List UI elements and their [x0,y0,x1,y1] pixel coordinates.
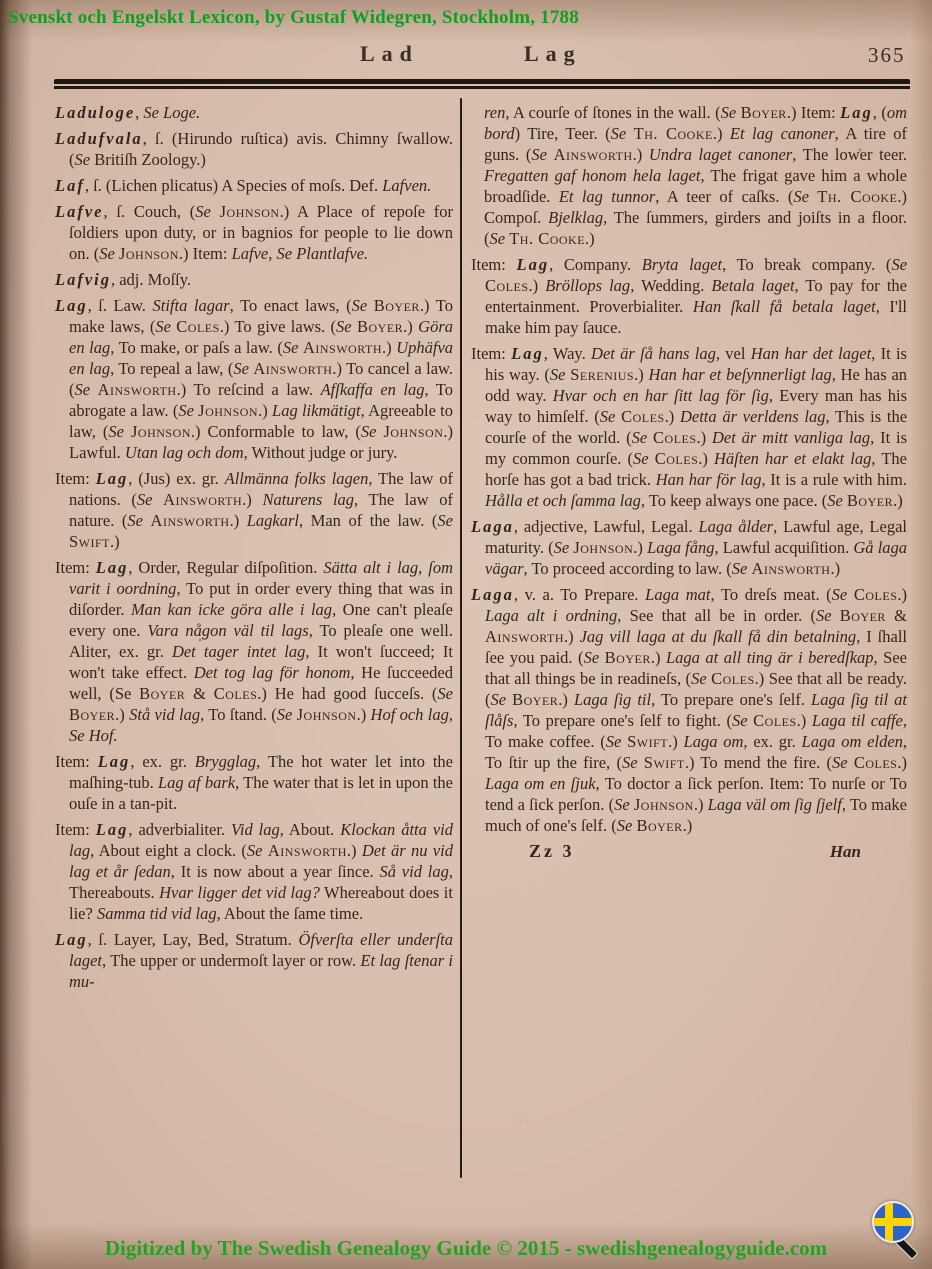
text-run: , To prepare one's ſelf to fight. ( [513,711,732,730]
text-run: Swift [644,753,685,772]
text-run: Laga fång [647,538,714,557]
text-run: Man kan icke göra alle i lag [131,600,332,619]
text-run: Se [437,511,453,530]
text-run: .) [382,338,396,357]
text-run: , To dreſs meat. ( [710,585,831,604]
text-run: Se [155,317,176,336]
text-run: Bryta laget [642,255,722,274]
text-run: Han ſkall få betala laget [693,297,876,316]
text-run: Se Loge. [143,103,200,122]
text-run: Laga til caffe [812,711,903,730]
text-run: Boyer [741,103,787,122]
catchword: Han [830,841,861,862]
text-run: Ainsworth [303,338,382,357]
text-run: Laga at all ting är i beredſkap [666,648,874,667]
text-run: Boyer [847,491,893,510]
headword: Lag [96,820,129,839]
text-run: Laga väl om ſig ſjelf [708,795,842,814]
text-run: Coles [485,276,529,295]
text-run: Se [531,145,553,164]
text-run: Johnson [198,401,258,420]
text-run: Se [108,422,131,441]
text-run: Han har et beſynnerligt lag [649,365,832,384]
text-run: Se [277,705,297,724]
dictionary-entry: Laga, adjective, Lawful, Legal. Laga åld… [471,516,907,579]
text-run: Boyer [69,705,115,724]
page-number: 365 [868,43,906,68]
text-run: Item: [471,344,511,363]
text-run: , ſ. Layer, Lay, Bed, Stratum. [88,930,299,949]
text-run: , The upper or undermoſt layer or row. [102,951,360,970]
text-run: Hvar ligger det vid lag? [159,883,320,902]
text-run: Det är mitt vanliga lag [712,428,870,447]
text-run: .) [403,317,418,336]
text-run: Boyer [374,296,420,315]
text-run: .) [347,841,362,860]
text-run: Coles [621,407,665,426]
text-run: Boyer [357,317,403,336]
headword: Lafvig [55,270,111,289]
headword: Lag [96,469,129,488]
text-run: Se [617,816,637,835]
text-run: .) [634,365,648,384]
left-column: Laduloge, Se Loge.Ladufvala, ſ. (Hirundo… [55,102,453,997]
text-run: Se [691,669,711,688]
text-run: Coles [655,449,699,468]
text-run: , To enact laws, ( [230,296,352,315]
text-run: , adverbialiter. [128,820,231,839]
text-run: Se [127,511,150,530]
text-run: Se [137,490,163,509]
text-run: , Way. [544,344,591,363]
headword: Lag [55,930,88,949]
text-run: Lafve, Se Plantlafve. [232,244,369,263]
text-run: Hvar och en har ſitt lag för ſig [553,386,769,405]
text-run: Lag likmätigt [272,401,361,420]
text-run: .) [651,648,666,667]
text-run: , It is now about a year ſince. [171,862,380,881]
text-run: Se [554,538,574,557]
text-run: Se [793,187,817,206]
text-run: Se [99,244,119,263]
text-run: Boyer [605,648,651,667]
text-run: .) [633,145,649,164]
text-run: .) [564,627,580,646]
text-run: Se [75,380,98,399]
text-run: ) Tire, Teer. ( [515,124,611,143]
text-run: , ex. gr. [130,752,194,771]
text-run: Se [490,229,510,248]
text-run: , Man of the law. ( [299,511,437,530]
headword: Lag [840,103,873,122]
text-run: Se [832,585,854,604]
text-run: , adjective, Lawful, Legal. [514,517,699,536]
text-run: .) Item: [787,103,840,122]
text-run: Ainsworth [751,559,830,578]
text-run: .) To reſcind a law. [177,380,321,399]
text-run: .) [694,795,708,814]
text-run: .) [713,124,730,143]
dictionary-entry: Item: Lag, (Jus) ex. gr. Allmänna folks … [55,468,453,552]
text-run: Se [283,338,303,357]
text-run: , Without judge or jury. [244,443,398,462]
text-run: Laga mat [645,585,710,604]
dictionary-entry: Lafvig, adj. Moſſy. [55,269,453,290]
text-run: Ainsworth [485,627,564,646]
text-run: & [185,684,213,703]
text-run: .) [668,732,683,751]
text-run: , To repeal a law, ( [110,359,233,378]
text-run: Et lag tunnor [559,187,655,206]
dictionary-entry: Laf, ſ. (Lichen plicatus) A Species of m… [55,175,453,196]
text-run: .) [830,559,840,578]
text-run: , ( [873,103,887,122]
text-run: Ainsworth [98,380,177,399]
dictionary-entry: Item: Lag, adverbialiter. Vid lag, About… [55,819,453,924]
text-run: Se [633,449,655,468]
right-column: ren, A courſe of ſtones in the wall. (Se… [471,102,907,862]
text-run: Se [732,559,752,578]
text-run: Häſten har et elakt lag [714,449,871,468]
text-run: Han har det laget [751,344,871,363]
text-run: Utan lag och dom [125,443,244,462]
text-run: , Lawful acquiſition. [714,538,853,557]
text-run: Johnson [131,422,191,441]
text-run: Et lag canoner [730,124,835,143]
text-run: , To keep always one pace. ( [641,491,827,510]
text-run: Afſkaffa en lag [321,380,425,399]
signature-mark: Zz 3 [529,841,575,862]
text-run: .) [558,690,574,709]
text-run: .) [242,490,262,509]
dictionary-entry: Item: Lag, ex. gr. Brygglag, The hot wat… [55,751,453,814]
text-run: Britiſh Zoology.) [90,150,206,169]
headword: Laga [471,585,514,604]
text-run: Det tager intet lag [172,642,305,661]
dictionary-entry: Item: Lag, Way. Det är ſå hans lag, vel … [471,343,907,511]
text-run: Se [891,255,907,274]
text-run: , About the ſame time. [217,904,364,923]
column-divider [460,98,462,1178]
text-run: Boyer [636,816,682,835]
text-run: Lagkarl [247,511,299,530]
text-run: Betala laget [711,276,794,295]
text-run: , About. [280,820,341,839]
text-run: , (Jus) ex. gr. [128,469,224,488]
text-run: ren [484,103,505,122]
text-run: , vel [716,344,751,363]
flag-cross-horizontal [874,1218,912,1226]
text-run: Th. Cooke [634,124,713,143]
text-run: Laga alt i ordning [485,606,617,625]
text-run: Laga ålder [698,517,773,536]
text-run: Bjelklag [548,208,603,227]
running-head-left: Lad [360,41,419,67]
dictionary-body: Laduloge, Se Loge.Ladufvala, ſ. (Hirundo… [55,102,911,1194]
dictionary-entry: Ladufvala, ſ. (Hirundo ruſtica) avis. Ch… [55,128,453,170]
text-run: Lag af bark [158,773,235,792]
digitization-footer-text: Digitized by The Swedish Genealogy Guide… [0,1236,932,1261]
text-run: .) To mend the fire. ( [685,753,832,772]
text-run: Stifta lagar [153,296,230,315]
text-run: Item: [55,469,96,488]
text-run: Se [721,103,741,122]
text-run: .) [697,428,712,447]
text-run: .) [110,532,120,551]
text-run: Detta är verldens lag [680,407,826,426]
text-run: Se [622,753,644,772]
text-run: , Order, Regular diſpoſition. [128,558,323,577]
text-run: Boyer [139,684,185,703]
scanned-page: Svenskt och Engelskt Lexicon, by Gustaf … [0,0,932,1269]
text-run: .) [585,229,595,248]
dictionary-entry: Lafve, ſ. Couch, (Se Johnson.) A Place o… [55,201,453,264]
dictionary-entry: Laduloge, Se Loge. [55,102,453,123]
headword: Lag [96,558,129,577]
text-run: , To ſtand. ( [200,705,277,724]
text-run: .) He had good ſucceſs. ( [257,684,437,703]
text-run: .) [698,449,714,468]
text-run: , ſ. (Lichen plicatus) A Species of moſs… [85,176,382,195]
text-run: .) [357,705,371,724]
text-run: , Company. [549,255,642,274]
text-run: & [886,606,907,625]
text-run: Se [75,150,91,169]
text-run: , To prepare one's ſelf. [651,690,811,709]
text-run: Coles [753,711,797,730]
dictionary-entry: Item: Lag, Company. Bryta laget, To brea… [471,254,907,338]
text-run: Ainsworth [253,359,332,378]
text-run: , Wedding. [630,276,711,295]
text-run: Th. Cooke [509,229,585,248]
headword: Lag [98,752,131,771]
text-run: Item: [471,255,517,274]
text-run: Se [606,732,627,751]
text-run: Ainsworth [163,490,242,509]
text-run: Coles [711,669,755,688]
text-run: Han har för lag [656,470,762,489]
text-run: Se [732,711,753,730]
text-run: .) [115,705,129,724]
text-run: .) [797,711,812,730]
text-run: Allmänna folks lagen [225,469,369,488]
text-run: , The lower teer. [792,145,907,164]
text-run: Item: [55,820,96,839]
text-run: Johnson [297,705,357,724]
text-run: Item: [55,558,96,577]
text-run: Se [611,124,634,143]
text-run: , To break company. ( [722,255,891,274]
text-run: Se [178,401,198,420]
text-run: .) Conformable to law, ( [191,422,361,441]
text-run: , See that all be in order. ( [617,606,816,625]
text-run: Swift [627,732,668,751]
text-run: Coles [854,753,898,772]
text-run: Laga ſig til [574,690,651,709]
text-run: Stå vid lag [129,705,200,724]
headword: Lag [517,255,550,274]
text-run: Coles [854,585,898,604]
dictionary-entry: Item: Lag, Order, Regular diſpoſition. S… [55,557,453,746]
headword: Ladufvala [55,129,143,148]
text-run: Lafven. [382,176,431,195]
text-run: Naturens lag [262,490,354,509]
text-run: , adj. Moſſy. [111,270,191,289]
text-run: Th. Cooke [817,187,897,206]
text-run: Johnson [220,202,280,221]
text-run: .) [893,491,903,510]
text-run: , ſ. Couch, ( [103,202,195,221]
text-run: Johnson [573,538,633,557]
text-run: , ex. gr. [743,732,801,751]
text-run: Item: [55,752,98,771]
text-run: Se [832,753,854,772]
headword: Laga [471,517,514,536]
text-run: Hålla et och ſamma lag [485,491,641,510]
text-run: .) [683,816,693,835]
text-run: Johnson [634,795,694,814]
text-run: Det är ſå hans lag [591,344,716,363]
text-run: Bröllops lag [545,276,630,295]
text-run: .) [230,511,247,530]
headword: Lafve [55,202,103,221]
text-run: Se [233,359,253,378]
header-double-rule [54,79,910,91]
dictionary-entry: Lag, ſ. Layer, Lay, Bed, Stratum. Öfverſ… [55,929,453,992]
text-run: Brygglag [195,752,256,771]
dictionary-entry: Lag, ſ. Law. Stifta lagar, To enact laws… [55,295,453,463]
text-run: Boyer [512,690,558,709]
headword: Lag [55,296,88,315]
text-run: Fregatten gaf honom hela laget [484,166,700,185]
text-run: Se [600,407,621,426]
text-run: Serenius [570,365,634,384]
text-run: Jag vill laga at du ſkall få din betalni… [580,627,857,646]
dictionary-entry: ren, A courſe of ſtones in the wall. (Se… [471,102,907,249]
text-run: .) [897,753,907,772]
text-run: Se [352,296,374,315]
text-run: Laga om [684,732,744,751]
text-run: Coles [653,428,697,447]
headword: Lag [511,344,544,363]
text-run: Vara någon väl til lags [147,621,308,640]
text-run: Se [632,428,653,447]
text-run: Samma tid vid lag [97,904,217,923]
text-run: Johnson [383,422,443,441]
catchline-row: Zz 3Han [471,841,907,862]
text-run: , ſ. Law. [88,296,153,315]
text-run: .) Item: [179,244,232,263]
text-run: .) To give laws. ( [220,317,336,336]
text-run: Se [816,606,840,625]
text-run: , To make, or paſs a law. ( [110,338,283,357]
text-run: Se [584,648,605,667]
text-run: Se [195,202,219,221]
text-run: Laga om elden [802,732,903,751]
text-run: Swift [69,532,110,551]
text-run: .) [633,538,647,557]
text-run: Se [550,365,570,384]
text-run: Ainsworth [151,511,230,530]
text-run: Coles [214,684,258,703]
text-run: Se [437,684,453,703]
headword: Laduloge [55,103,135,122]
text-run: Se [361,422,384,441]
text-run: Se [614,795,634,814]
text-run: Det tog lag för honom [194,663,351,682]
text-run: Se [491,690,513,709]
text-run: , A teer of caſks. ( [655,187,793,206]
text-run: , A courſe of ſtones in the wall. ( [505,103,720,122]
text-run: Coles [176,317,220,336]
text-run: , To proceed according to law. ( [524,559,732,578]
headword: Laf [55,176,85,195]
running-head-right: Lag [524,41,582,67]
text-run: Se [247,841,268,860]
text-run: Johnson [119,244,179,263]
text-run: .) [258,401,272,420]
digitization-banner-title: Svenskt och Engelskt Lexicon, by Gustaf … [8,7,579,29]
text-run: , About eight a clock. ( [90,841,247,860]
text-run: , It is a rule with him. [761,470,907,489]
text-run: Undra laget canoner [649,145,792,164]
dictionary-entry: Laga, v. a. To Prepare. Laga mat, To dre… [471,584,907,836]
text-run: , v. a. To Prepare. [514,585,645,604]
text-run: Se [336,317,357,336]
text-run: Ainsworth [554,145,633,164]
text-run: Se [827,491,847,510]
text-run: Så vid lag [379,862,448,881]
text-run: Boyer [840,606,886,625]
text-run: .) [529,276,546,295]
text-run: .) [897,585,907,604]
text-run: Ainsworth [268,841,347,860]
text-run: Laga om en ſjuk [485,774,596,793]
text-run: .) [665,407,680,426]
text-run: Vid lag [231,820,280,839]
